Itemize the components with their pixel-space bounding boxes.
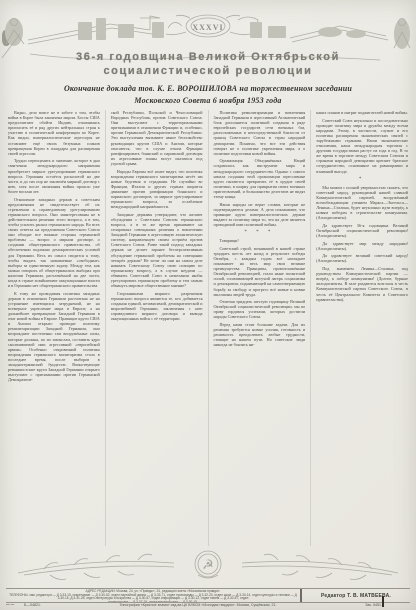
- printing-house: Типография «Красное знамя» изд-ва ЦК ВЛК…: [66, 603, 330, 607]
- article-paragraph: каких планов и интриг поджигателей новой…: [316, 110, 408, 115]
- editorial-address: АДРЕС РЕДАКЦИИ: Москва, 24, ул. «Правды»…: [6, 589, 300, 602]
- article-paragraph: Отношение западных держав к советским пр…: [8, 197, 100, 289]
- article-body: Видно, дело вовсе не в заботе о том, что…: [8, 110, 408, 546]
- article-paragraph: Да здравствует великий советский народ! …: [316, 253, 408, 263]
- article-paragraph: Организация Объединённых Наций создавала…: [214, 158, 306, 199]
- anniversary-number: XXXVI: [0, 23, 416, 32]
- article-paragraph: Мы можем с полной уверенностью сказать, …: [316, 185, 408, 221]
- vignette-svg: ☭: [14, 547, 402, 585]
- headline-line2: социалистической революции: [0, 65, 416, 77]
- article-paragraph: ской Республики, Польской и Чехословацко…: [111, 110, 203, 166]
- subtitle-line1: Окончание доклада тов. К. Е. ВОРОШИЛОВА …: [0, 84, 416, 93]
- article-paragraph: Народы Европы всё яснее видят, что полит…: [111, 169, 203, 210]
- article-column-2: ской Республики, Польской и Чехословацко…: [105, 110, 203, 546]
- article-paragraph: Советский Союз неуклонно и последователь…: [316, 118, 408, 174]
- article-paragraph: Политика ремилитаризации и вовлечения За…: [214, 110, 306, 156]
- article-paragraph: Товарищи!: [214, 238, 306, 243]
- article-paragraph: Наши народы не верят словам, которые не …: [214, 202, 306, 227]
- article-paragraph: Западные державы утверждают, что желают …: [111, 212, 203, 288]
- article-paragraph: К тому же проводимая политика западных д…: [8, 291, 100, 383]
- section-separator: * * *: [214, 230, 306, 235]
- bottom-vignette: ☭: [14, 547, 402, 585]
- section-separator: *: [316, 177, 408, 182]
- article-paragraph: Перед нами стоят большие задачи. Для их …: [214, 322, 306, 347]
- headline-line1: 36-я годовщина Великой Октябрьской: [0, 51, 416, 63]
- wheat-branch-left-icon: [18, 554, 174, 579]
- article-paragraph: Да здравствует мир между народами! (Апло…: [316, 241, 408, 251]
- article-paragraph: Сторонниками мирного разрешения германск…: [111, 291, 203, 322]
- article-paragraph: Да здравствует 36-я годовщина Великой Ок…: [316, 223, 408, 238]
- order-number: Зак. 5451.: [365, 603, 382, 607]
- imprint-code: Б—04821.: [24, 603, 41, 607]
- article-column-4: каких планов и интриг поджигателей новой…: [310, 110, 408, 546]
- footer-box: АДРЕС РЕДАКЦИИ: Москва, 24, ул. «Правды»…: [6, 588, 410, 603]
- registration-mark: [382, 596, 384, 607]
- article-paragraph: Видно, дело вовсе не в заботе о том, что…: [8, 110, 100, 156]
- article-column-1: Видно, дело вовсе не в заботе о том, что…: [8, 110, 100, 546]
- svg-text:☭: ☭: [202, 557, 214, 572]
- imprint-line: —— Б—04821. Типография «Красное знамя» и…: [6, 602, 410, 610]
- article-paragraph: Советский строй, возникший в нашей стран…: [214, 246, 306, 297]
- article-paragraph: Отмечая тридцать шестую годовщину Велико…: [214, 299, 306, 319]
- hammer-sickle-emblem-icon: ☭: [195, 551, 221, 578]
- editor-name: Редактор Т. В. МАТВЕЕВА.: [300, 589, 410, 602]
- article-paragraph: Трудно переоценить и значение, которое в…: [8, 158, 100, 194]
- subtitle-line2: Московского Совета 6 ноября 1953 года: [0, 96, 416, 105]
- imprint-dashes: ——: [6, 602, 15, 606]
- article-paragraph: Под знаменем Ленина—Сталина, под руковод…: [316, 266, 408, 302]
- newspaper-page: XXXVI 36-я годовщина Великой Октябрьской…: [0, 0, 416, 610]
- article-column-3: Политика ремилитаризации и вовлечения За…: [208, 110, 306, 546]
- wheat-branch-right-icon: [242, 554, 398, 579]
